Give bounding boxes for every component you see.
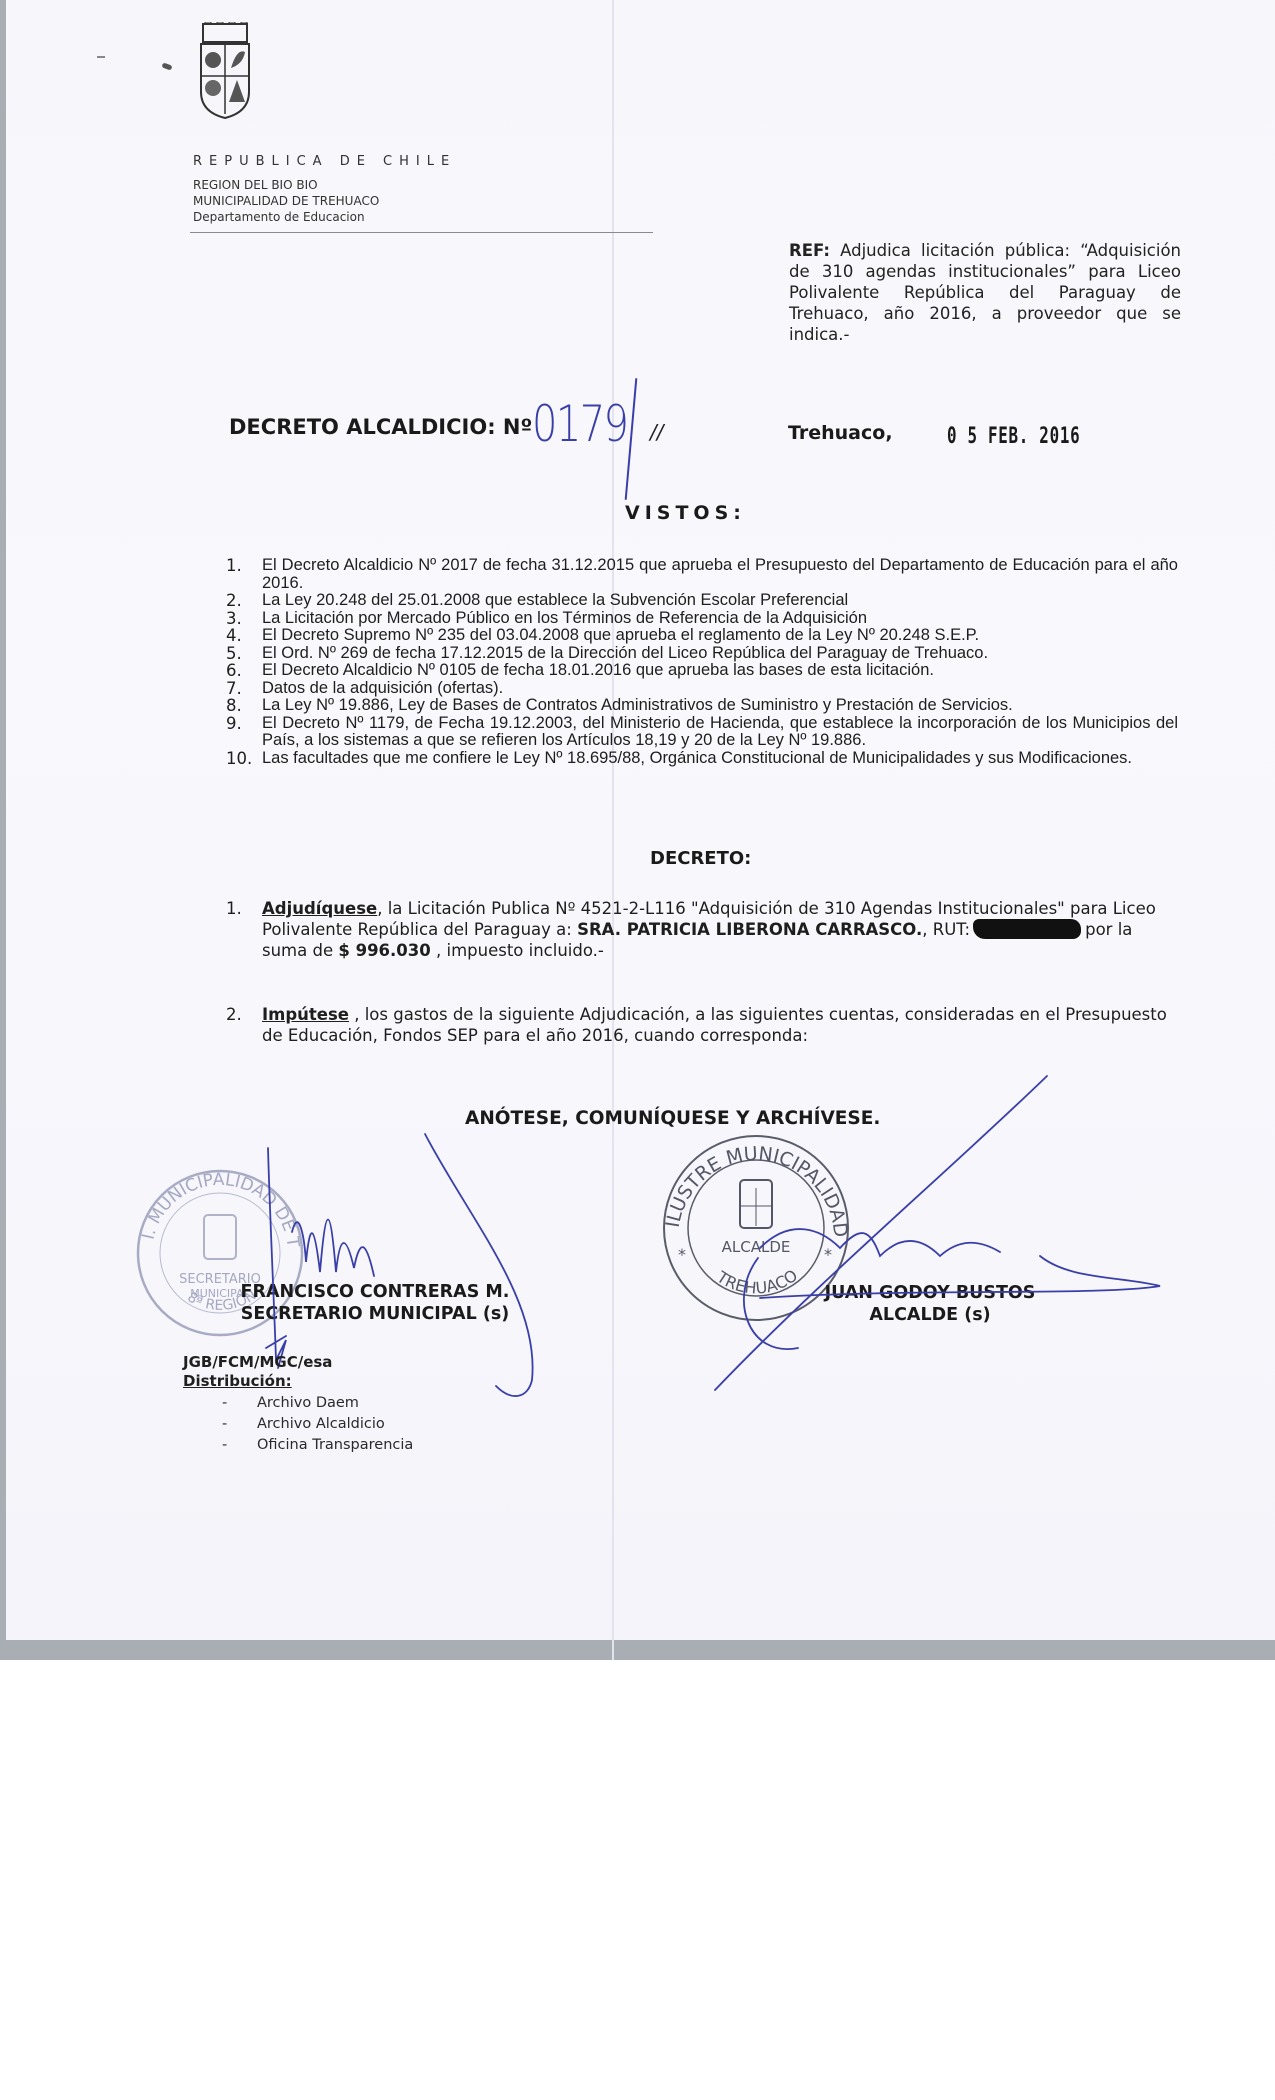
item-number: 2. xyxy=(226,592,242,610)
decree-suffix: // xyxy=(650,420,663,444)
date-stamp: 0 5 FEB. 2016 xyxy=(947,424,1080,449)
item-text: El Ord. Nº 269 de fecha 17.12.2015 de la… xyxy=(262,645,1178,663)
svg-text:ALCALDE: ALCALDE xyxy=(722,1238,791,1256)
distribution-heading: Distribución: xyxy=(183,1372,292,1390)
coat-of-arms-icon xyxy=(197,22,253,120)
vistos-item: 2.La Ley 20.248 del 25.01.2008 que estab… xyxy=(226,592,1178,610)
vistos-item: 5.El Ord. Nº 269 de fecha 17.12.2015 de … xyxy=(226,645,1178,663)
reference-block: REF: Adjudica licitación pública: “Adqui… xyxy=(789,240,1181,345)
item-text: La Ley Nº 19.886, Ley de Bases de Contra… xyxy=(262,697,1178,715)
supplier-name: SRA. PATRICIA LIBERONA CARRASCO. xyxy=(577,920,922,939)
letterhead-region: REGION DEL BIO BIO xyxy=(193,177,379,193)
item-number: 7. xyxy=(226,680,242,698)
mayor-name: JUAN GODOY BUSTOS xyxy=(800,1282,1060,1304)
item-number: 9. xyxy=(226,715,242,733)
article-1: 1. Adjudíquese, la Licitación Publica Nº… xyxy=(226,898,1178,961)
secretary-name: FRANCISCO CONTRERAS M. xyxy=(225,1281,525,1303)
item-text: El Decreto Alcaldicio Nº 0105 de fecha 1… xyxy=(262,662,1178,680)
svg-text:I. MUNICIPALIDAD DE TREHUACO: I. MUNICIPALIDAD DE TREHUACO xyxy=(130,1163,303,1249)
page-fold-line xyxy=(612,0,614,1660)
article-text: , impuesto incluido.- xyxy=(431,941,604,960)
svg-text:ILUSTRE MUNICIPALIDAD: ILUSTRE MUNICIPALIDAD xyxy=(662,1143,851,1239)
item-text: El Decreto Supremo Nº 235 del 03.04.2008… xyxy=(262,627,1178,645)
article-text: , los gastos de la siguiente Adjudicació… xyxy=(262,1005,1167,1045)
vistos-item: 7.Datos de la adquisición (ofertas). xyxy=(226,680,1178,698)
svg-text:*: * xyxy=(824,1245,832,1264)
item-number: 5. xyxy=(226,645,242,663)
decree-place: Trehuaco, xyxy=(788,422,893,444)
item-text: Las facultades que me confiere le Ley Nº… xyxy=(262,750,1178,768)
vistos-item: 9.El Decreto Nº 1179, de Fecha 19.12.200… xyxy=(226,715,1178,750)
vistos-item: 10.Las facultades que me confiere le Ley… xyxy=(226,750,1178,768)
vistos-item: 4.El Decreto Supremo Nº 235 del 03.04.20… xyxy=(226,627,1178,645)
item-text: La Licitación por Mercado Público en los… xyxy=(262,610,1178,628)
item-number: 10. xyxy=(226,750,252,768)
vistos-list: 1.El Decreto Alcaldicio Nº 2017 de fecha… xyxy=(226,557,1178,767)
vistos-item: 1.El Decreto Alcaldicio Nº 2017 de fecha… xyxy=(226,557,1178,592)
vistos-item: 8.La Ley Nº 19.886, Ley de Bases de Cont… xyxy=(226,697,1178,715)
vistos-item: 6.El Decreto Alcaldicio Nº 0105 de fecha… xyxy=(226,662,1178,680)
award-amount: $ 996.030 xyxy=(338,941,430,960)
vistos-heading: VISTOS: xyxy=(625,502,746,524)
mayor-title: ALCALDE (s) xyxy=(800,1304,1060,1326)
item-number: 1. xyxy=(226,557,242,575)
rut-label: , RUT: xyxy=(922,920,970,939)
secretary-title: SECRETARIO MUNICIPAL (s) xyxy=(225,1303,525,1325)
article-number: 1. xyxy=(226,898,242,919)
item-number: 6. xyxy=(226,662,242,680)
letterhead-rule xyxy=(190,232,653,233)
item-number: 4. xyxy=(226,627,242,645)
reference-text: Adjudica licitación pública: “Adquisició… xyxy=(789,241,1181,344)
decree-title: DECRETO ALCALDICIO: Nº xyxy=(229,415,532,439)
item-text: El Decreto Alcaldicio Nº 2017 de fecha 3… xyxy=(262,557,1178,592)
item-number: 3. xyxy=(226,610,242,628)
secretary-signature-block: FRANCISCO CONTRERAS M. SECRETARIO MUNICI… xyxy=(225,1281,525,1325)
vistos-item: 3.La Licitación por Mercado Público en l… xyxy=(226,610,1178,628)
reference-label: REF: xyxy=(789,241,830,260)
article-verb: Impútese xyxy=(262,1005,349,1024)
redacted-rut xyxy=(973,919,1081,939)
distribution-list: -Archivo Daem-Archivo Alcaldicio-Oficina… xyxy=(222,1393,413,1456)
article-2: 2. Impútese , los gastos de la siguiente… xyxy=(226,1004,1178,1046)
reference-initials: JGB/FCM/MGC/esa xyxy=(183,1353,332,1371)
article-verb: Adjudíquese xyxy=(262,899,377,918)
article-number: 2. xyxy=(226,1004,242,1025)
closing-formula: ANÓTESE, COMUNÍQUESE Y ARCHÍVESE. xyxy=(465,1108,880,1129)
distribution-item: -Oficina Transparencia xyxy=(222,1435,413,1456)
letterhead-block: REGION DEL BIO BIO MUNICIPALIDAD DE TREH… xyxy=(193,177,379,225)
scan-mark xyxy=(97,56,105,58)
item-text: El Decreto Nº 1179, de Fecha 19.12.2003,… xyxy=(262,715,1178,750)
letterhead-country: REPUBLICA DE CHILE xyxy=(193,154,456,169)
svg-text:TREHUACO: TREHUACO xyxy=(713,1266,801,1298)
distribution-item: -Archivo Daem xyxy=(222,1393,413,1414)
distribution-item: -Archivo Alcaldicio xyxy=(222,1414,413,1435)
item-text: Datos de la adquisición (ofertas). xyxy=(262,680,1178,698)
decree-number-handwritten: 0179 xyxy=(532,395,627,453)
mayor-signature-block: JUAN GODOY BUSTOS ALCALDE (s) xyxy=(800,1282,1060,1326)
decreto-heading: DECRETO: xyxy=(650,848,751,869)
svg-text:*: * xyxy=(678,1245,686,1264)
item-text: La Ley 20.248 del 25.01.2008 que estable… xyxy=(262,592,1178,610)
item-number: 8. xyxy=(226,697,242,715)
letterhead-department: Departamento de Educacion xyxy=(193,209,379,225)
letterhead-municipality: MUNICIPALIDAD DE TREHUACO xyxy=(193,193,379,209)
